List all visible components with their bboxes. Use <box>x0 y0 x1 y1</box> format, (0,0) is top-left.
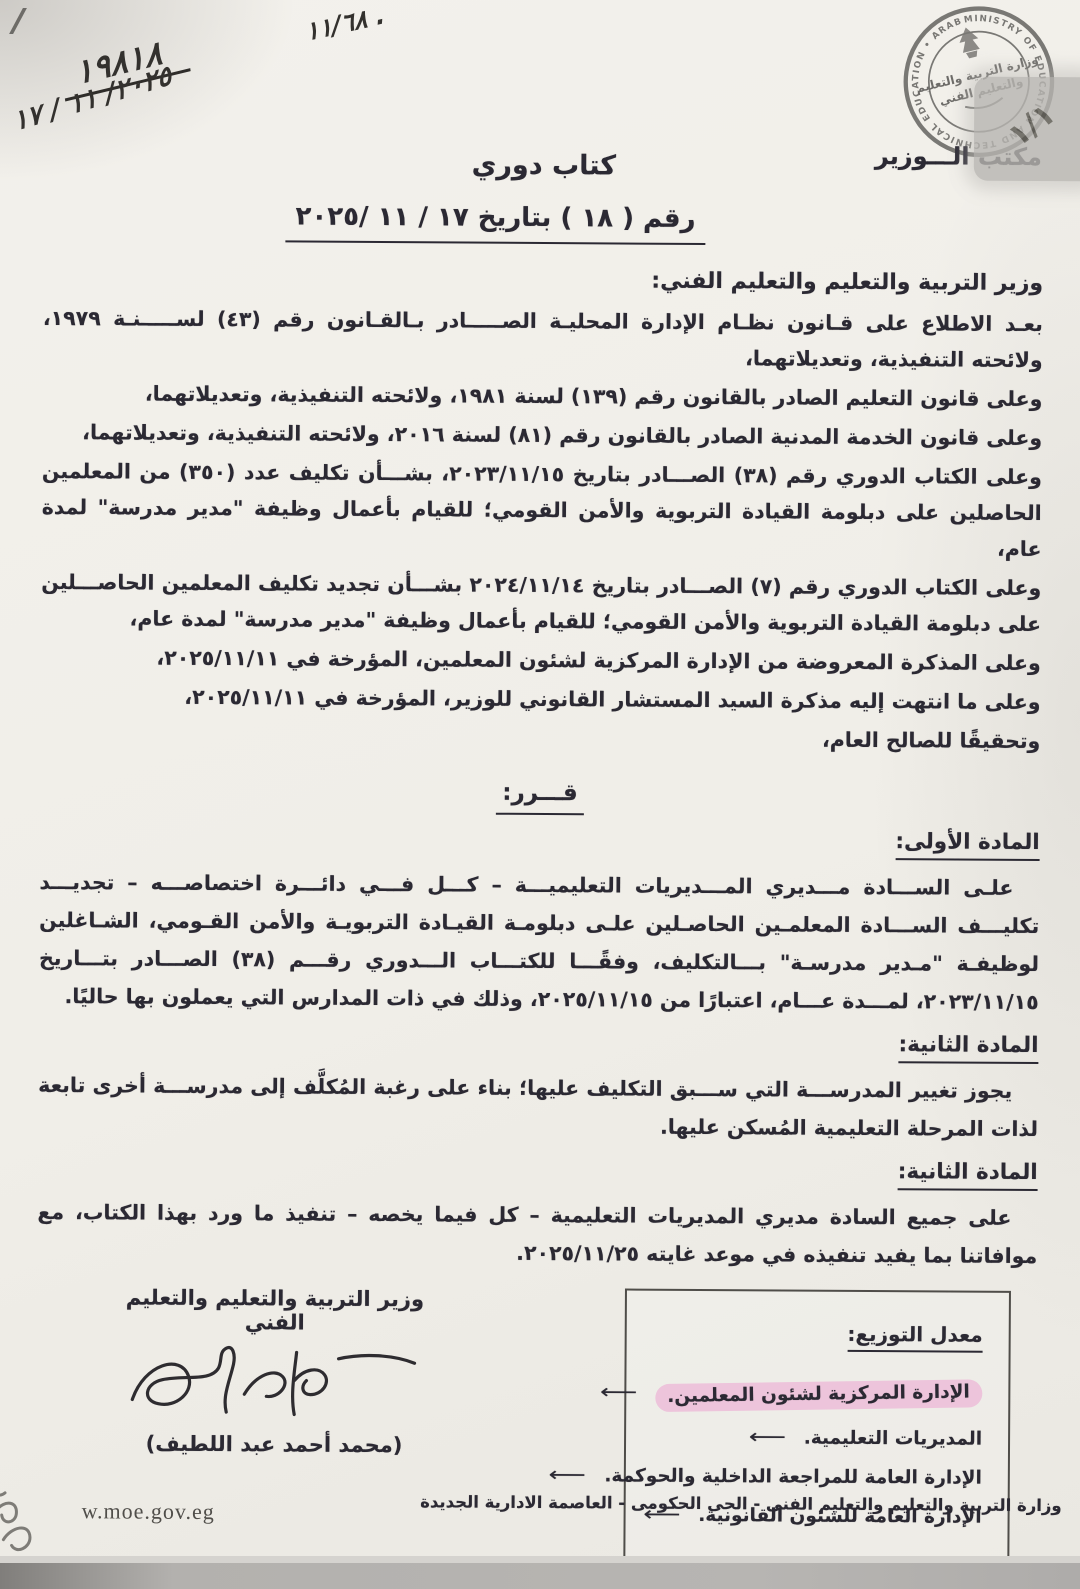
signatory-name: (محمد أحمد عبد اللطيف) <box>94 1431 454 1457</box>
ministry-website: w.moe.gov.eg <box>82 1498 215 1525</box>
preamble-paragraph: وعلى قانون التعليم الصادر بالقانون رقم (… <box>42 375 1042 417</box>
distribution-heading: معدل التوزيع: <box>847 1322 982 1353</box>
preamble-paragraph: وعلى المذكرة المعروضة من الإدارة المركزي… <box>41 639 1041 681</box>
handwritten-ref-note: ١١/٦٨ . <box>304 0 386 47</box>
scanned-page: ١١/٦٨ . ١٩٨١٨ ٢٠٢٥/ ١١ / ١٧ MINISTRY OF … <box>0 0 1080 1589</box>
page-mark: ١/١ <box>1001 96 1062 155</box>
preamble-paragraph: بعـد الاطلاع على قـانون نظـام الإدارة ال… <box>43 300 1043 378</box>
preamble-paragraph: وعلى ما انتهت إليه مذكرة السيد المستشار … <box>40 678 1040 720</box>
issuing-authority: وزير التربية والتعليم والتعليم الفني: <box>43 265 1043 296</box>
page-footer: w.moe.gov.eg وزارة التربية والتعليم والت… <box>0 1490 1076 1537</box>
distribution-item: الإدارة العامة للمراجعة الداخلية والحوكم… <box>652 1463 982 1489</box>
eagle-icon <box>956 25 982 59</box>
minister-signature <box>94 1327 455 1437</box>
document-subtitle-row: رقم ( ١٨ ) بتاريخ ١٧ / ١١ /٢٠٢٥ <box>43 200 1043 247</box>
signature-block: وزير التربية والتعليم والتعليم الفني (مح… <box>94 1285 455 1457</box>
document-body: كتاب دوري رقم ( ١٨ ) بتاريخ ١٧ / ١١ /٢٠٢… <box>35 147 1044 1569</box>
distribution-item: المديريات التعليمية. ⟵ <box>652 1424 982 1450</box>
article-1-heading: المادة الأولى: <box>40 824 1040 861</box>
preamble-paragraph: وعلى قانون الخدمة المدنية الصادر بالقانو… <box>42 414 1042 456</box>
ministry-address: وزارة التربية والتعليم والتعليم الفنى - … <box>420 1492 1062 1515</box>
article-2-text: يجوز تغيير المدرســـة التي ســـبق التكلي… <box>38 1066 1038 1148</box>
distribution-item: الإدارة المركزية لشئون المعلمين. ⟵ <box>652 1380 982 1411</box>
left-arrow-icon: ⟵ <box>748 1424 785 1448</box>
document-number-date: رقم ( ١٨ ) بتاريخ ١٧ / ١١ /٢٠٢٥ <box>285 201 705 245</box>
preamble-paragraph: وتحقيقًا للصالح العام، <box>40 717 1040 759</box>
scan-shadow-patch: ١/١ <box>974 77 1080 182</box>
article-1-text: علـى الســـادة مـــديري المـــديريات الت… <box>39 863 1040 1021</box>
article-3-text: على جميع السادة مديري المديريات التعليمي… <box>37 1193 1037 1275</box>
left-arrow-icon: ⟵ <box>600 1379 637 1403</box>
preamble-paragraph: وعلى الكتاب الدوري رقم (٧) الصـــادر بتا… <box>41 564 1041 642</box>
left-arrow-icon: ⟵ <box>549 1462 586 1486</box>
decision-word: قـــرر: <box>496 780 584 816</box>
article-2-heading: المادة الثانية: <box>38 1027 1038 1064</box>
article-3-heading: المادة الثانية: <box>38 1154 1038 1191</box>
scanned-circular-document: { "annotations": { "ref_note": "١١/٦٨ ."… <box>0 0 1080 1589</box>
preamble-paragraph: وعلى الكتاب الدوري رقم (٣٨) الصـــادر بت… <box>41 453 1042 567</box>
highlighted-recipient: الإدارة المركزية لشئون المعلمين. <box>656 1379 983 1412</box>
decision-row: قـــرر: <box>40 777 1040 818</box>
scan-edge-light <box>0 1556 1080 1563</box>
scan-edge-strip <box>0 1563 1080 1589</box>
handwritten-corner-mark <box>0 1457 62 1571</box>
